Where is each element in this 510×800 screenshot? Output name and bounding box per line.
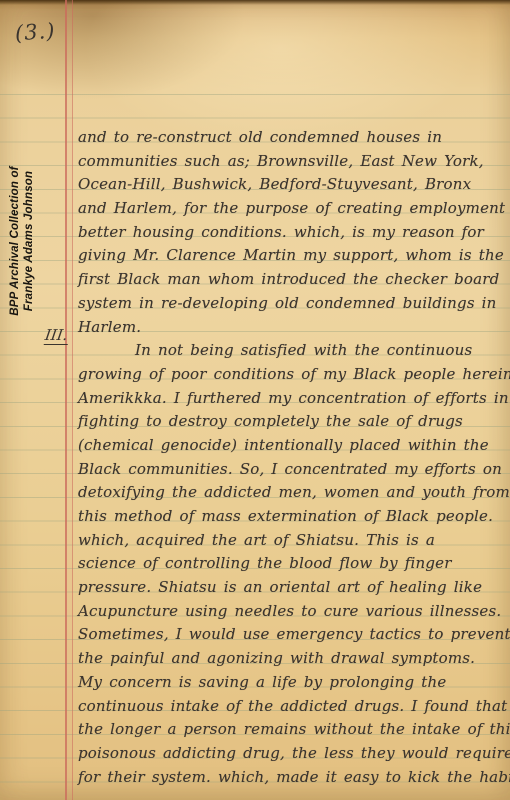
text-line: and to re-construct old condemned houses… xyxy=(78,126,498,150)
section-marker-roman-numeral: III. xyxy=(44,326,70,345)
text-line: the longer a person remains without the … xyxy=(78,718,498,742)
handwritten-text-block: and to re-construct old condemned houses… xyxy=(78,126,498,789)
text-line: giving Mr. Clarence Martin my support, w… xyxy=(78,244,498,268)
text-line: Acupuncture using needles to cure variou… xyxy=(78,600,498,624)
text-line: and Harlem, for the purpose of creating … xyxy=(78,197,498,221)
text-line: pressure. Shiatsu is an oriental art of … xyxy=(78,576,498,600)
text-line: this method of mass extermination of Bla… xyxy=(78,505,498,529)
text-line: Sometimes, I would use emergency tactics… xyxy=(78,623,498,647)
text-line: better housing conditions. which, is my … xyxy=(78,221,498,245)
text-line: continuous intake of the addicted drugs.… xyxy=(78,695,498,719)
text-line: the painful and agonizing with drawal sy… xyxy=(78,647,498,671)
text-line: for their system. which, made it easy to… xyxy=(78,766,498,790)
text-line: Ocean-Hill, Bushwick, Bedford-Stuyvesant… xyxy=(78,173,498,197)
text-line: detoxifying the addicted men, women and … xyxy=(78,481,498,505)
page-number: (3.) xyxy=(14,19,56,46)
text-line: communities such as; Brownsville, East N… xyxy=(78,150,498,174)
text-line: (chemical genocide) intentionally placed… xyxy=(78,434,498,458)
document-page: (3.) BPP Archival Collection of Frankye … xyxy=(0,0,510,800)
stamp-line-2: Frankye Adams Johnson xyxy=(22,152,36,330)
text-line: Amerikkka. I furthered my concentration … xyxy=(78,387,498,411)
text-line: In not being satisfied with the continuo… xyxy=(78,339,498,363)
text-line: Harlem. xyxy=(78,316,498,340)
text-line: fighting to destroy completely the sale … xyxy=(78,410,498,434)
stamp-line-1: BPP Archival Collection of xyxy=(8,152,22,330)
red-margin-line xyxy=(65,0,73,800)
paper-top-edge xyxy=(0,0,510,5)
text-line: first Black man whom introduced the chec… xyxy=(78,268,498,292)
text-line: science of controlling the blood flow by… xyxy=(78,552,498,576)
text-line: poisonous addicting drug, the less they … xyxy=(78,742,498,766)
text-line: Black communities. So, I concentrated my… xyxy=(78,458,498,482)
archival-stamp-text: BPP Archival Collection of Frankye Adams… xyxy=(8,152,44,330)
text-line: My concern is saving a life by prolongin… xyxy=(78,671,498,695)
text-line: which, acquired the art of Shiatsu. This… xyxy=(78,529,498,553)
text-line: growing of poor conditions of my Black p… xyxy=(78,363,498,387)
text-line: system in re-developing old condemned bu… xyxy=(78,292,498,316)
archival-stamp: BPP Archival Collection of Frankye Adams… xyxy=(8,152,44,330)
